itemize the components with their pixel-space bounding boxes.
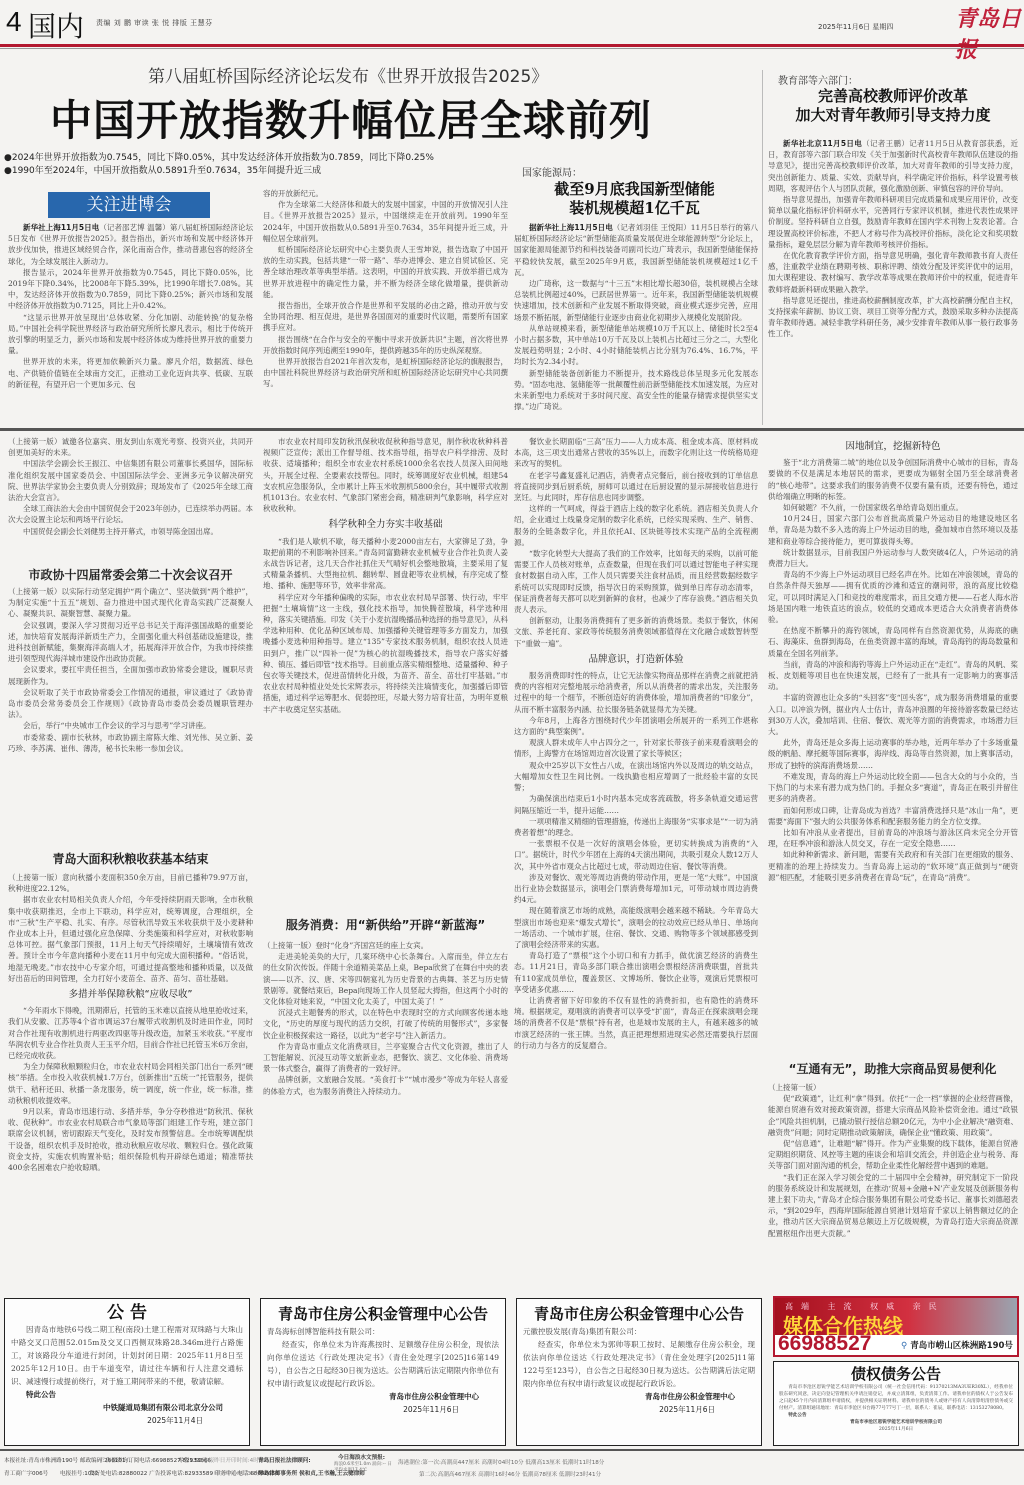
ad-phone: 66988527: [778, 1332, 871, 1356]
education-kicker: 教育部等六部门：: [778, 72, 858, 87]
masthead-subrule: [0, 48, 1024, 49]
harvest-continued: 市农业农村局印发防秋汛保秋收促秋种指导意见，制作秋收秋种科普视频广泛宣传；派出工…: [263, 436, 508, 856]
notice-debt: 债权债务公告 青岛市李沧区恩锐学能艺术培训学校有限公司（统一社会信用代码：913…: [773, 1361, 1019, 1446]
service-headline: 服务消费：用“新供给”开辟“新蓝海”: [263, 916, 508, 933]
energy-headline: 截至9月底我国新型储能 装机规模超1亿千瓦: [512, 180, 757, 218]
lead-headline: 中国开放指数升幅位居全球前列: [50, 88, 652, 148]
trade-body: （上接第一版） 促“政策通”，让红利“拿”得到。依托“一企一档”掌握的企业经营画…: [768, 1082, 1018, 1258]
lead-column-1: 新华社上海11月5日电（记者邵艺博 温馨）第八届虹桥国际经济论坛5日发布《世界开…: [8, 222, 253, 390]
service-subhead-brand: 品牌意识，打造新体验: [514, 654, 758, 665]
lead-bullets: ●2024年世界开放指数为0.7545，同比下降0.05%，其中发达经济体开放指…: [4, 152, 434, 178]
trade-headline: “互通有无”，助推大宗商品贸易便利化: [770, 1060, 1015, 1077]
local-feature-body: 因地制宜，挖掘新特色 鉴于“北方消费第二城”的地位以及争创国际消费中心城市的目标…: [768, 436, 1018, 1048]
lead-column-2: 容的开放新纪元。 作为全球第二大经济体和最大的发展中国家，中国的开放情况引人注目…: [263, 188, 508, 390]
page-number: 4: [6, 6, 22, 38]
law-forum-continuation: （上接第一版）诚邀各位嘉宾、朋友到山东观光考察、投资兴业，共同开创更加美好的未来…: [8, 436, 253, 537]
cppcc-body: （上接第一版）以实际行动坚定拥护“两个确立”、坚决做到“两个维护”，为制定实施“…: [8, 586, 253, 754]
media-hotline-ad: 高端 主流 权威 亲民 媒体合作热线 66988527 ⚲ 青岛市崂山区株洲路1…: [773, 1296, 1019, 1357]
section-divider: [0, 428, 1024, 431]
section-banner: 关注进博会: [48, 192, 210, 218]
lead-bullet: ●2024年世界开放指数为0.7545，同比下降0.05%，其中发达经济体开放指…: [4, 152, 434, 165]
education-headline: 完善高校教师评价改革 加大对青年教师引导支持力度: [768, 87, 1018, 125]
imprint-footer: 本报社址:青岛市株洲路190号 邮政编码:266101 广告部咨询订阅电话:66…: [0, 1452, 1024, 1485]
energy-body: 据新华社上海11月5日电（记者刘羽佳 王悦阳）11月5日举行的第八届虹桥国际经济…: [514, 222, 758, 412]
harvest-subhead-1: 多措并举保障秋粮“应收尽收”: [8, 989, 253, 1000]
notice-metro: 公 告 因青岛市地铁6号线二期工程(南段)土建工程需对双珠路与大珠山中路交叉口范…: [4, 1298, 250, 1446]
dateline: 新华社上海11月5日电: [23, 223, 99, 232]
location-pin-icon: ⚲: [901, 1341, 910, 1351]
education-body: 新华社北京11月5日电（记者王鹏）记者11月5日从教育部获悉，近日，教育部等六部…: [768, 138, 1018, 340]
masthead: 4 国内 责编 刘 鹏 审读 张 悦 排版 王慧芬 2025年11月6日 星期四…: [0, 0, 1024, 46]
local-feature-subhead: 因地制宜，挖掘新特色: [768, 441, 1018, 452]
notice-housing-fund-2: 青岛市住房公积金管理中心公告 元徽控股发展(青岛)集团有限公司： 经查实，你单位…: [516, 1298, 762, 1446]
lead-bullet: ●1990年至2024年，中国开放指数从0.5891升至0.7634，35年间提…: [4, 165, 434, 178]
newspaper-logo: 青岛日报: [955, 2, 1024, 64]
issue-date: 2025年11月6日 星期四: [818, 22, 893, 32]
service-body-1: （上接第一版）登时“化身”齐国宫廷的座上女宾。 走进美轮美奂的大厅，几案环绕中心…: [263, 940, 508, 1258]
energy-kicker: 国家能源局：: [522, 164, 582, 179]
byline: （记者邵艺博 温馨）: [99, 223, 170, 232]
harvest-headline: 青岛大面积秋粮收获基本结束: [8, 850, 253, 867]
notice-title: 公 告: [11, 1303, 243, 1323]
harvest-body: （上接第一版）意向秋播小麦面积350余万亩，目前已播种79.97万亩，秋种进度2…: [8, 872, 253, 1258]
ad-address: ⚲ 青岛市崂山区株洲路190号: [901, 1339, 1013, 1351]
harvest-subhead-2: 科学秋种全力夯实丰收基础: [263, 519, 508, 530]
service-body-2: 餐饮业长期面临“三高”压力——人力成本高、租金成本高、原材料成本高，这三项支出通…: [514, 436, 758, 1258]
section-title: 国内: [28, 5, 84, 45]
editor-credits: 责编 刘 鹏 审读 张 悦 排版 王慧芬: [96, 18, 213, 28]
footer-rule: [0, 1449, 1024, 1451]
notice-housing-fund-1: 青岛市住房公积金管理中心公告 青岛海标创博智能科技有限公司： 经查实，你单位未为…: [260, 1298, 506, 1446]
lead-kicker: 第八届虹桥国际经济论坛发布《世界开放报告2025》: [148, 62, 548, 87]
masthead-rule: [0, 44, 1024, 47]
cppcc-headline: 市政协十四届常委会第二十次会议召开: [8, 566, 253, 583]
column-divider: [762, 70, 763, 425]
